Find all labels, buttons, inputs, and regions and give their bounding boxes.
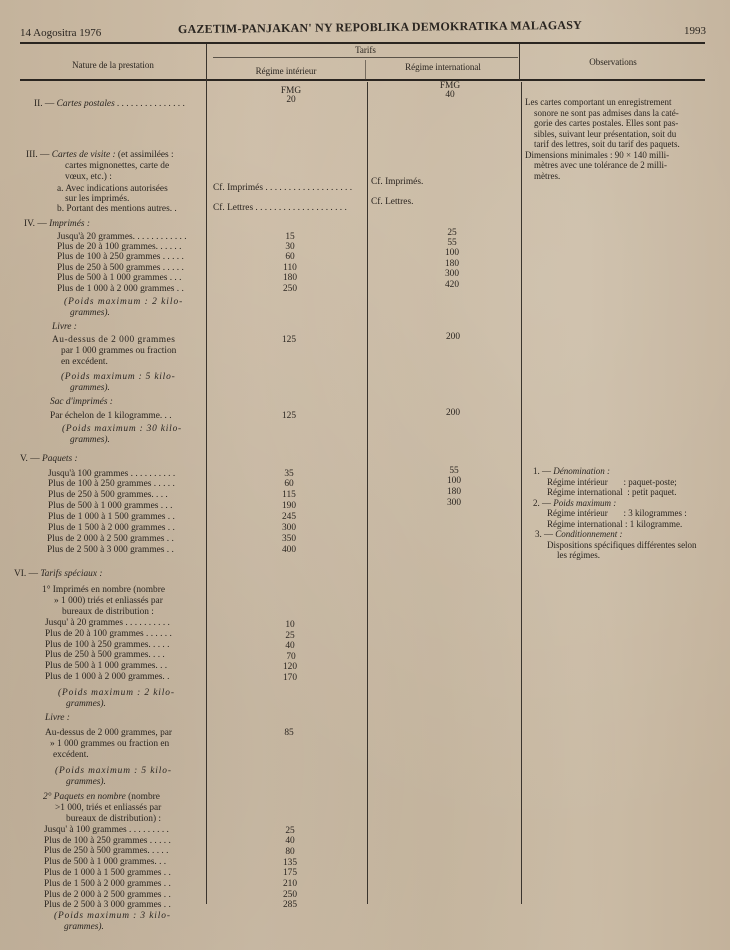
section-ii-heading: II. — Cartes postales . . . . . . . . . … [34,99,185,110]
vi-row-interieur: 10 [270,620,310,631]
iv-row-label: Plus de 500 à 1 000 grammes . . . [57,273,181,284]
iv-row-label: Plus de 250 à 500 grammes . . . . . [57,263,184,274]
gazette-title: GAZETIM-PANJAKAN' NY REPOBLIKA DEMOKRATI… [178,18,582,37]
iv-row-interieur: 30 [270,242,310,253]
iv-row-interieur: 15 [270,232,310,243]
section-vi-heading: VI. — Tarifs spéciaux : [14,569,102,580]
v-row-label: Plus de 250 à 500 grammes. . . . [48,490,168,501]
vi-row-label: Plus de 1 000 à 2 000 grammes. . [45,672,169,683]
vi-row-interieur: 120 [270,662,310,673]
column-divider-3b [521,82,522,904]
vi-row-interieur: 210 [270,879,310,890]
iii-b-interieur: Cf. Lettres . . . . . . . . . . . . . . … [213,203,363,214]
iv-livre-interieur: 125 [269,335,309,346]
v-row-interieur: 60 [269,479,309,490]
vi-max-weight-1b: grammes). [66,699,106,710]
iv-sac-line: Par échelon de 1 kilogramme. . . [50,411,172,422]
vi-p1-line-3: bureaux de distribution : [62,607,154,618]
iii-b-international: Cf. Lettres. [371,197,413,208]
column-divider-2b [367,82,368,904]
v-row-international: 300 [434,498,474,509]
vi-row-interieur: 25 [270,631,310,642]
iv-row-label: Plus de 1 000 à 2 000 grammes . . [57,284,184,295]
section-ii-number: II. — [34,99,54,109]
iv-row-international: 100 [432,248,472,259]
iv-row-interieur: 110 [270,263,310,274]
vi-p2-line-2: bureaux de distribution) : [66,814,161,825]
iv-sac-label: Sac d'imprimés : [50,397,113,408]
section-iii-heading: III. — Cartes de visite : (et assimilées… [26,150,174,161]
vi-max-weight-3: (Poids maximum : 3 kilo- [54,911,171,922]
vi-max-weight-3b: grammes). [64,922,104,933]
v-row-label: Plus de 2 500 à 3 000 grammes . . [47,545,174,556]
vi-livre-line-1: Au-dessus de 2 000 grammes, par [45,728,172,739]
v-row-international: 180 [434,487,474,498]
iv-livre-line-1: Au-dessus de 2 000 grammes [52,335,175,346]
v-row-interieur: 245 [269,512,309,523]
iv-row-international: 55 [432,238,472,249]
v-row-interieur: 190 [269,501,309,512]
iv-livre-line-2: par 1 000 grammes ou fraction [61,346,176,357]
vi-p1-line-1: 1° Imprimés en nombre (nombre [42,585,165,596]
col-header-nature: Nature de la prestation [20,60,206,70]
v-row-label: Plus de 1 500 à 2 000 grammes . . [48,523,175,534]
vi-row-label: Plus de 100 à 250 grammes . . . . . [44,836,171,847]
vi-row-interieur: 80 [270,847,310,858]
iv-max-weight-2: (Poids maximum : 5 kilo- [61,372,176,383]
vi-row-label: Plus de 2 500 à 3 000 grammes . . [44,900,171,911]
iv-row-interieur: 180 [270,273,310,284]
vi-row-label: Jusqu' à 100 grammes . . . . . . . . . [44,825,169,836]
v-row-label: Plus de 2 000 à 2 500 grammes . . [47,534,174,545]
iii-a-label: a. Avec indications autorisées [57,184,168,195]
tarifs-subrule [213,57,518,58]
section-iv-title: Imprimés : [49,219,90,229]
v-row-label: Plus de 500 à 1 000 grammes . . . [48,501,172,512]
section-iv-heading: IV. — Imprimés : [24,219,90,230]
vi-row-label: Jusqu' à 20 grammes . . . . . . . . . . [45,618,170,629]
vi-row-label: Plus de 100 à 250 grammes. . . . . [45,640,169,651]
ii-interieur: 20 [271,95,311,106]
v-row-interieur: 350 [269,534,309,545]
vi-row-label: Plus de 500 à 1 000 grammes. . . [45,661,167,672]
v-row-international: 100 [434,476,474,487]
vi-row-label: Plus de 2 000 à 2 500 grammes . . [44,890,171,901]
vi-livre-line-2: » 1 000 grammes ou fraction en [50,739,169,750]
iv-max-weight-1: (Poids maximum : 2 kilo- [64,297,183,308]
iii-line-2: vœux, etc.) : [65,172,112,183]
vi-row-interieur: 170 [270,673,310,684]
vi-row-label: Plus de 1 500 à 2 000 grammes . . [44,879,171,890]
section-vi-title: Tarifs spéciaux : [40,569,102,579]
vi-p2-heading: 2° Paquets en nombre (nombre [43,792,160,803]
section-ii-title: Cartes postales . . . . . . . . . . . . … [57,99,185,109]
iv-sac-international: 200 [433,408,473,419]
vi-p1-line-2: » 1 000) triés et enliassés par [54,596,163,607]
iii-a-international: Cf. Imprimés. [371,177,423,188]
vi-row-label: Plus de 250 à 500 grammes. . . . [45,650,165,661]
iii-line-1: cartes mignonettes, carte de [65,161,169,172]
vi-row-label: Plus de 500 à 1 000 grammes. . . [44,857,166,868]
vi-livre-line-3: excédent. [53,750,89,761]
ii-observation: Les cartes comportant un enregistrement … [525,97,710,181]
vi-p2-line-1: >1 000, triés et enliassés par [55,803,161,814]
column-divider-2 [365,60,366,80]
vi-row-interieur: 135 [270,858,310,869]
col-header-interieur: Régime intérieur [207,66,365,76]
iv-row-interieur: 60 [270,252,310,263]
vi-livre-label: Livre : [45,713,70,724]
iv-row-international: 300 [432,269,472,280]
iii-a-label-2: sur les imprimés. [65,194,129,205]
iv-max-weight-2b: grammes). [70,383,110,394]
iii-b-label: b. Portant des mentions autres. . [57,204,177,215]
header-bottom-rule [20,79,705,81]
vi-max-weight-2: (Poids maximum : 5 kilo- [55,766,172,777]
col-header-tarifs: Tarifs [213,45,518,55]
iv-livre-line-3: en excédent. [61,357,108,368]
section-iii-title: Cartes de visite : [52,150,116,160]
vi-row-label: Plus de 250 à 500 grammes. . . . . [44,846,168,857]
column-divider-3 [519,44,520,80]
v-row-interieur: 300 [269,523,309,534]
v-row-label: Plus de 1 000 à 1 500 grammes . . [48,512,175,523]
col-header-observations: Observations [521,57,705,67]
iv-max-weight-1b: grammes). [70,308,110,319]
iv-max-weight-3: (Poids maximum : 30 kilo- [62,424,182,435]
section-v-title: Paquets : [42,454,78,464]
v-observations: 1. — Dénomination : Régime intérieur : p… [533,466,723,561]
vi-row-interieur: 285 [270,900,310,911]
vi-row-interieur: 70 [271,652,311,663]
vi-row-label: Plus de 20 à 100 grammes . . . . . . [45,629,172,640]
iv-row-label: Plus de 20 à 100 grammes. . . . . . [57,242,181,253]
section-v-heading: V. — Paquets : [20,454,78,465]
iv-livre-international: 200 [433,332,473,343]
iii-a-interieur: Cf. Imprimés . . . . . . . . . . . . . .… [213,183,363,194]
iv-sac-interieur: 125 [269,411,309,422]
v-row-interieur: 400 [269,545,309,556]
iv-row-label: Plus de 100 à 250 grammes . . . . . [57,252,184,263]
vi-row-interieur: 250 [270,890,310,901]
iv-max-weight-3b: grammes). [70,435,110,446]
iv-row-label: Jusqu'à 20 grammes. . . . . . . . . . . … [57,232,187,243]
ii-international: 40 [430,90,470,101]
v-row-international: 55 [434,466,474,477]
v-row-label: Jusqu'à 100 grammes . . . . . . . . . . [48,469,175,480]
iv-row-international: 180 [432,259,472,270]
vi-max-weight-2b: grammes). [66,777,106,788]
vi-max-weight-1: (Poids maximum : 2 kilo- [58,688,175,699]
vi-row-interieur: 40 [270,641,310,652]
vi-row-interieur: 40 [270,836,310,847]
iv-row-interieur: 250 [270,284,310,295]
top-rule [20,42,705,44]
vi-row-label: Plus de 1 000 à 1 500 grammes . . [44,868,171,879]
iv-livre-label: Livre : [52,322,77,333]
vi-row-interieur: 25 [270,826,310,837]
v-row-interieur: 115 [269,490,309,501]
iv-row-international: 420 [432,280,472,291]
col-header-international: Régime international [367,62,519,72]
column-divider-1 [206,44,207,904]
vi-livre-interieur: 85 [269,728,309,739]
issue-date: 14 Aogositra 1976 [20,27,101,39]
vi-row-interieur: 175 [270,868,310,879]
iv-row-international: 25 [432,228,472,239]
v-row-interieur: 35 [269,469,309,480]
v-row-label: Plus de 100 à 250 grammes . . . . . [48,479,175,490]
page-number: 1993 [684,25,706,37]
